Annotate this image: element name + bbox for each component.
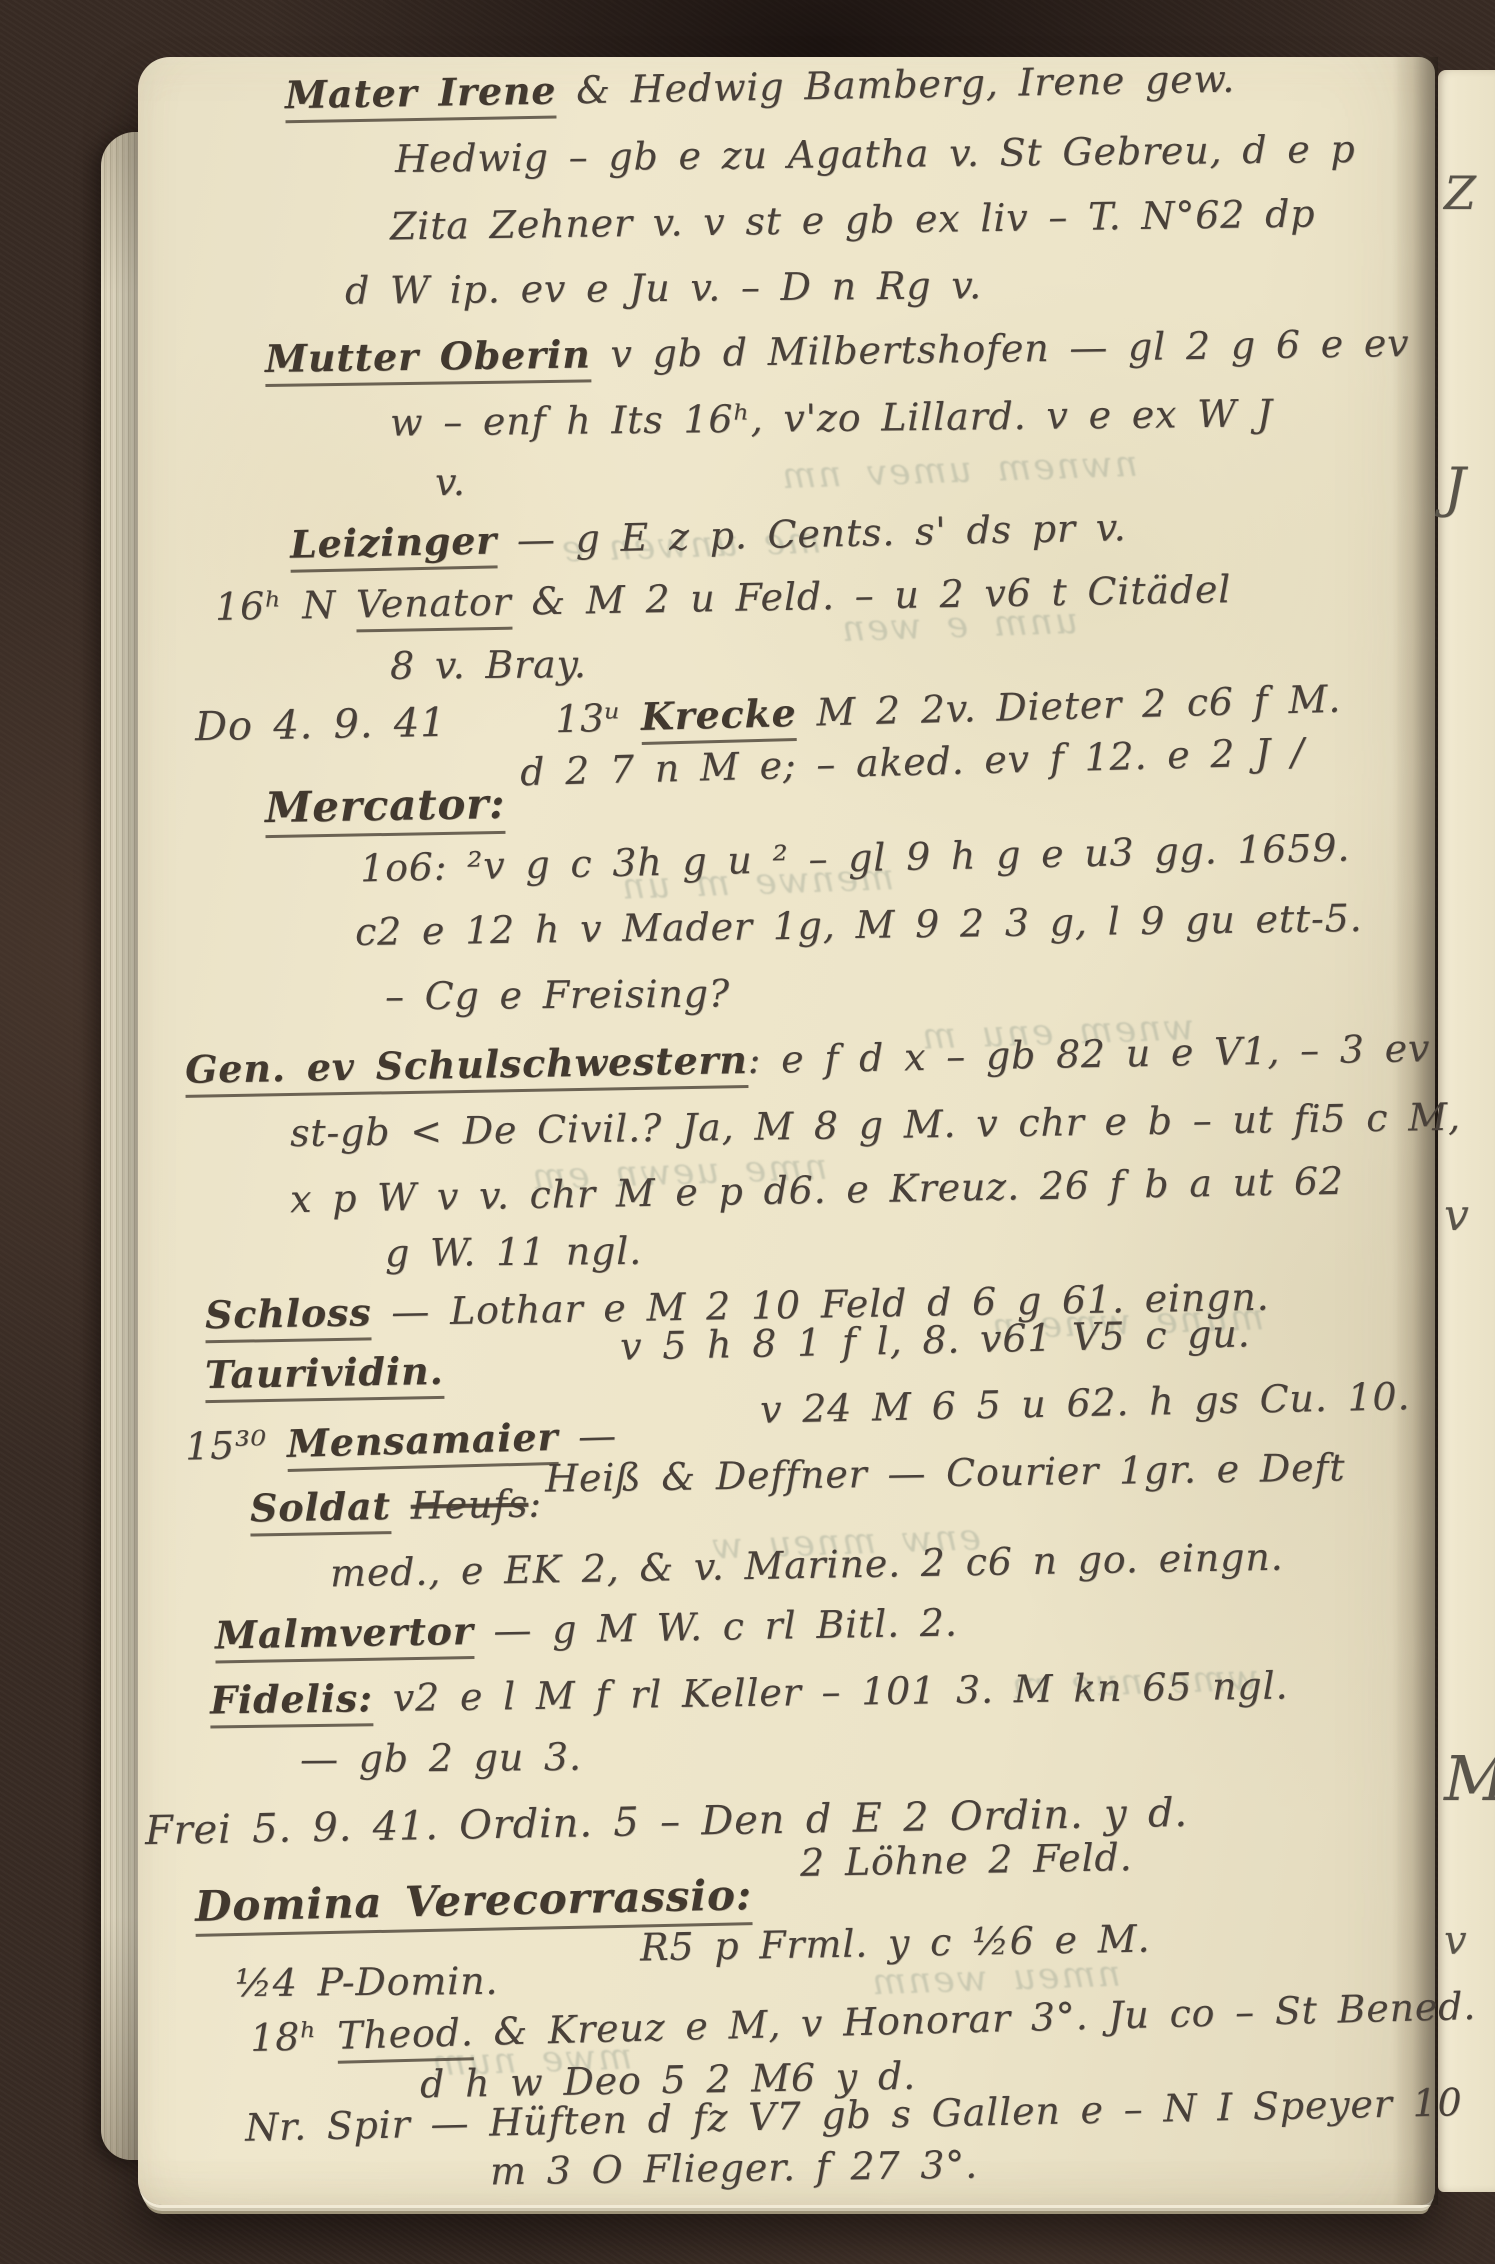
text-segment: x p W v v. chr M e p d6. e Kreuz. 26 f b…	[290, 1159, 1344, 1221]
heading-domina-verecorrassio: Domina Verecorrassio:	[195, 1872, 753, 1930]
text-segment: — gb 2 gu 3.	[300, 1735, 582, 1781]
heading-fidelis: Fidelis: v2 e l M f rl Keller – 101 3. M…	[210, 1664, 1289, 1722]
heading-mercator: Mercator:	[265, 781, 506, 831]
text-segment: 18ʰ	[250, 2014, 338, 2060]
text-segment: Do 4. 9. 41	[195, 700, 447, 750]
heading-venator: 16ʰ N Venator & M 2 u Feld. – u 2 v6 t C…	[215, 569, 1232, 629]
text-segment: — g M W. c rl Bitl. 2.	[473, 1601, 958, 1653]
heading-leizinger: Leizinger — g E z p. Cents. s' ds pr v.	[290, 506, 1127, 566]
text-segment: & M 2 u Feld. – u 2 v6 t Citädel	[511, 567, 1231, 624]
text-segment: w – enf h Its 16ʰ, v'zo Lillard. v e ex …	[390, 391, 1273, 444]
handwritten-line: d W ip. ev e Ju v. – D n Rg v.	[345, 265, 982, 312]
text-segment: —	[558, 1413, 618, 1459]
heading-schulschwestern: Gen. ev Schulschwestern: e f d x – gb 82…	[185, 1027, 1431, 1092]
text-segment: v2 e l M f rl Keller – 101 3. M kn 65 ng…	[373, 1663, 1289, 1720]
handwritten-line: ½4 P-Domin.	[235, 1961, 499, 2005]
text-segment: Zita Zehner v. v st e gb ex liv – T. N°6…	[390, 192, 1316, 249]
text-segment: med., e EK 2, & v. Marine. 2 c6 n go. ei…	[330, 1535, 1284, 1596]
underlined-name: Mater Irene	[285, 68, 557, 124]
text-segment: :	[528, 1481, 542, 1525]
heading-mater-irene: Mater Irene & Hedwig Bamberg, Irene gew.	[285, 58, 1236, 117]
handwritten-line: x p W v v. chr M e p d6. e Kreuz. 26 f b…	[290, 1161, 1344, 1221]
heading-taurividin: Taurividin.	[205, 1350, 444, 1397]
underlined-name: Krecke	[640, 690, 797, 745]
underlined-name: Gen. ev Schulschwestern	[185, 1037, 749, 1098]
underlined-name: Taurividin.	[205, 1348, 444, 1403]
handwritten-line: R5 p Frml. y c ½6 e M.	[640, 1919, 1151, 1970]
handwritten-line: g W. 11 ngl.	[385, 1231, 642, 1275]
handwritten-line: c2 e 12 h v Mader 1g, M 9 2 3 g, l 9 gu …	[355, 898, 1363, 954]
entry-date-do-4-9-41: Do 4. 9. 41	[195, 701, 447, 749]
text-segment: Heiß & Deffner — Courier 1gr. e Deft	[545, 1445, 1346, 1500]
underlined-name: Theod.	[337, 2010, 475, 2064]
text-segment: 15³⁰	[184, 1422, 287, 1469]
text-segment: st-gb < De Civil.? Ja, M 8 g M. v chr e …	[290, 1095, 1461, 1155]
text-segment: 8 v. Bray.	[390, 642, 587, 688]
handwritten-line: Hedwig – gb e zu Agatha v. St Gebreu, d …	[395, 129, 1356, 181]
handwritten-line: v 24 M 6 5 u 62. h gs Cu. 10.	[760, 1376, 1411, 1431]
text-segment: : e f d x – gb 82 u e V1, – 3 ev	[747, 1026, 1430, 1082]
handwritten-line: med., e EK 2, & v. Marine. 2 c6 n go. ei…	[330, 1537, 1284, 1595]
handwritten-line: w – enf h Its 16ʰ, v'zo Lillard. v e ex …	[390, 393, 1273, 444]
text-segment: 2 Löhne 2 Feld.	[800, 1835, 1133, 1885]
text-segment: 16ʰ N	[215, 582, 357, 628]
text-segment: — g E z p. Cents. s' ds pr v.	[497, 505, 1127, 562]
underlined-name: Fidelis:	[210, 1675, 374, 1728]
handwritten-line: 2 Löhne 2 Feld.	[800, 1837, 1133, 1885]
underlined-name: Soldat	[250, 1483, 392, 1536]
underlined-name: Malmvertor	[215, 1608, 474, 1664]
underlined-name: Mensamaier	[286, 1414, 559, 1472]
handwritten-line: — gb 2 gu 3.	[300, 1737, 582, 1781]
handwritten-line: 8 v. Bray.	[390, 644, 587, 688]
text-segment: v gb d Milbertshofen — gl 2 g 6 e ev	[590, 321, 1409, 376]
heading-malmvertor: Malmvertor — g M W. c rl Bitl. 2.	[215, 1602, 958, 1658]
text-segment: ½4 P-Domin.	[235, 1959, 499, 2005]
handwritten-line: st-gb < De Civil.? Ja, M 8 g M. v chr e …	[290, 1097, 1461, 1155]
handwritten-line: Heiß & Deffner — Courier 1gr. e Deft	[545, 1447, 1346, 1500]
underlined-name: Venator	[356, 580, 512, 633]
handwritten-line: Zita Zehner v. v st e gb ex liv – T. N°6…	[390, 194, 1316, 249]
text-segment: d 2 7 n M e; – aked. ev f 12. e 2 J /	[520, 730, 1306, 795]
handwritten-line: d 2 7 n M e; – aked. ev f 12. e 2 J /	[520, 732, 1306, 794]
bleed-through-line: nwnem umev nm	[779, 444, 1138, 497]
handwritten-line: v.	[435, 462, 466, 504]
heading-mutter-oberin: Mutter Oberin v gb d Milbertshofen — gl …	[265, 322, 1410, 381]
underlined-name: Leizinger	[290, 517, 498, 572]
text-segment: d W ip. ev e Ju v. – D n Rg v.	[345, 263, 982, 313]
text-segment: R5 p Frml. y c ½6 e M.	[640, 1917, 1151, 1970]
underlined-name: Mutter Oberin	[265, 331, 591, 387]
heading-soldat: Soldat Heufs:	[250, 1482, 543, 1530]
underlined-name: Schloss	[205, 1289, 372, 1343]
text-segment: g W. 11 ngl.	[385, 1229, 642, 1275]
text-segment: & Hedwig Bamberg, Irene gew.	[556, 57, 1236, 113]
handwritten-line: – Cg e Freising?	[385, 973, 730, 1018]
handwritten-line: m 3 O Flieger. f 27 3°.	[490, 2145, 979, 2194]
text-segment: – Cg e Freising?	[385, 971, 730, 1018]
text-segment: Heufs	[410, 1482, 528, 1528]
text-segment	[390, 1484, 411, 1528]
handwritten-line: v 5 h 8 1 f l, 8. v61 V5 c gu.	[620, 1313, 1251, 1368]
text-segment: c2 e 12 h v Mader 1g, M 9 2 3 g, l 9 gu …	[355, 896, 1363, 954]
text-segment: M 2 2v. Dieter 2 c6 f M.	[796, 677, 1342, 735]
text-segment: 13ᵘ	[555, 695, 642, 741]
text-segment: v.	[435, 460, 466, 504]
handwriting-layer: nwnem umev nmme unwen eunm e wenmenwe m …	[0, 0, 1495, 2264]
photo-frame: ZJvMv nwnem umev nmme unwen eunm e wenme…	[0, 0, 1495, 2264]
text-segment: v 24 M 6 5 u 62. h gs Cu. 10.	[760, 1374, 1411, 1432]
underlined-name: Mercator:	[265, 779, 506, 838]
text-segment: m 3 O Flieger. f 27 3°.	[490, 2143, 979, 2194]
text-segment: Hedwig – gb e zu Agatha v. St Gebreu, d …	[395, 127, 1356, 181]
